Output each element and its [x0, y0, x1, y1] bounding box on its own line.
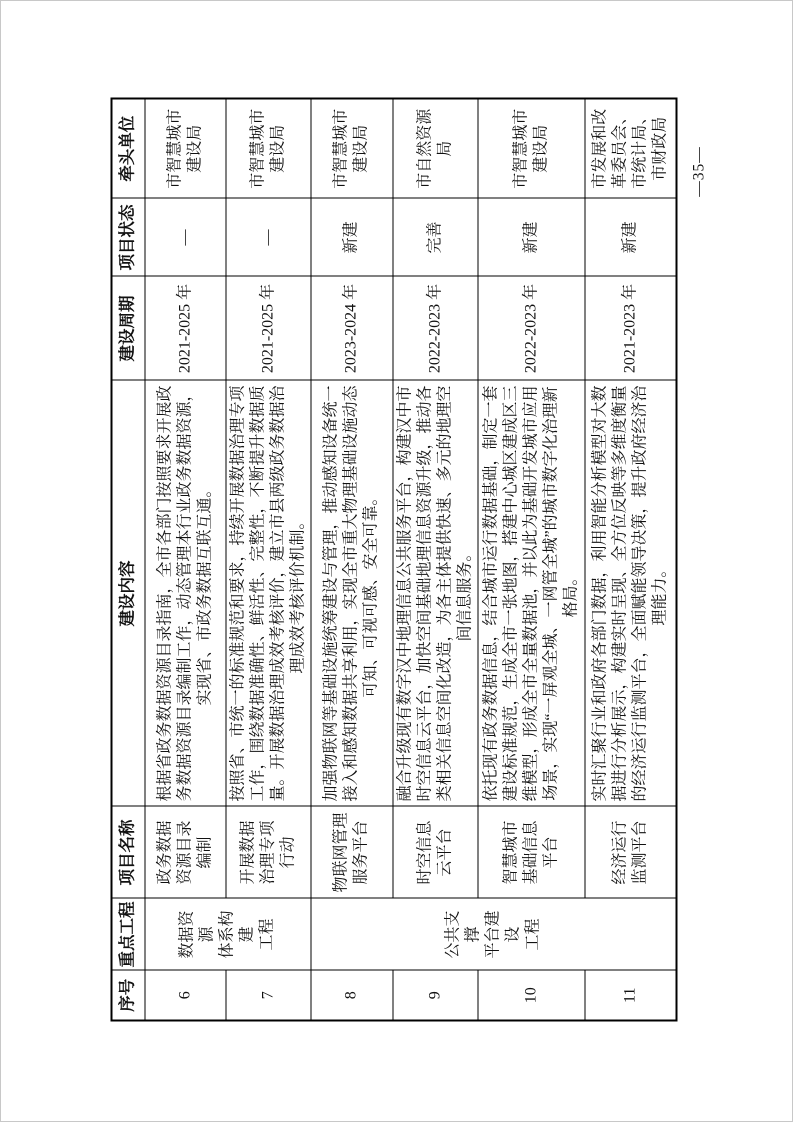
- cell-construction-period: 2021-2025 年: [226, 277, 311, 381]
- cell-serial-no: 8: [311, 971, 393, 1021]
- table-row: 8公共支撑 平台建设 工程物联网管理 服务平台加强物联网等基础设施统筹建设与管理…: [311, 99, 393, 1021]
- cell-project-name: 时空信息 云平台: [393, 807, 478, 899]
- cell-project-status: —: [226, 199, 311, 277]
- table-row: 7开展数据 治理专项 行动按照省、市统一的标准规范和要求，持续开展数据治理专项 …: [226, 99, 311, 1021]
- cell-lead-unit: 市智慧城市 建设局: [311, 99, 393, 199]
- cell-project-status: 新建: [585, 199, 677, 277]
- cell-project-status: —: [145, 199, 226, 277]
- header-construction-content: 建设内容: [112, 381, 145, 807]
- cell-project-name: 政务数据 资源目录 编制: [145, 807, 226, 899]
- cell-construction-content: 加强物联网等基础设施统筹建设与管理，推动感知设备统一 接入和感知数据共享利用，实…: [311, 381, 393, 807]
- cell-serial-no: 6: [145, 971, 226, 1021]
- table-row: 10智慧城市 基础信息 平台依托现有政务数据信息，结合城市运行数据基础，制定一套…: [478, 99, 585, 1021]
- cell-project-name: 经济运行 监测平台: [585, 807, 677, 899]
- table-row: 6数据资源 体系构建 工程政务数据 资源目录 编制根据省政务数据资源目录指南，全…: [145, 99, 226, 1021]
- cell-construction-content: 实时汇聚行业和政府各部门数据，利用智能分析模型对大数 据进行分析展示，构建实时呈…: [585, 381, 677, 807]
- key-projects-table: 序号 重点工程 项目名称 建设内容 建设周期 项目状态 牵头单位 6数据资源 体…: [111, 98, 678, 1022]
- cell-construction-content: 根据省政务数据资源目录指南，全市各部门按照要求开展政 务数据资源目录编制工作，动…: [145, 381, 226, 807]
- table-header-row: 序号 重点工程 项目名称 建设内容 建设周期 项目状态 牵头单位: [112, 99, 145, 1021]
- cell-construction-period: 2021-2025 年: [145, 277, 226, 381]
- cell-project-status: 新建: [478, 199, 585, 277]
- cell-serial-no: 10: [478, 971, 585, 1021]
- table-body: 6数据资源 体系构建 工程政务数据 资源目录 编制根据省政务数据资源目录指南，全…: [145, 99, 677, 1021]
- cell-construction-period: 2023-2024 年: [311, 277, 393, 381]
- cell-construction-content: 融合升级现有数字汉中地理信息公共服务平台，构建汉中市 时空信息云平台，加快空间基…: [393, 381, 478, 807]
- header-key-program: 重点工程: [112, 899, 145, 971]
- cell-lead-unit: 市智慧城市 建设局: [145, 99, 226, 199]
- table-row: 9时空信息 云平台融合升级现有数字汉中地理信息公共服务平台，构建汉中市 时空信息…: [393, 99, 478, 1021]
- cell-key-program: 公共支撑 平台建设 工程: [311, 899, 677, 971]
- cell-lead-unit: 市智慧城市 建设局: [226, 99, 311, 199]
- header-project-status: 项目状态: [112, 199, 145, 277]
- cell-project-name: 开展数据 治理专项 行动: [226, 807, 311, 899]
- cell-key-program: 数据资源 体系构建 工程: [145, 899, 311, 971]
- cell-serial-no: 11: [585, 971, 677, 1021]
- cell-lead-unit: 市发展和改 革委员会、 市统计局、 市财政局: [585, 99, 677, 199]
- cell-serial-no: 7: [226, 971, 311, 1021]
- header-serial-no: 序号: [112, 971, 145, 1021]
- header-project-name: 项目名称: [112, 807, 145, 899]
- cell-construction-period: 2022-2023 年: [478, 277, 585, 381]
- table-row: 11经济运行 监测平台实时汇聚行业和政府各部门数据，利用智能分析模型对大数 据进…: [585, 99, 677, 1021]
- cell-lead-unit: 市自然资源局: [393, 99, 478, 199]
- document-page: 序号 重点工程 项目名称 建设内容 建设周期 项目状态 牵头单位 6数据资源 体…: [0, 0, 793, 1122]
- cell-construction-content: 依托现有政务数据信息，结合城市运行数据基础，制定一套 建设标准规范，生成全市一张…: [478, 381, 585, 807]
- header-construction-period: 建设周期: [112, 277, 145, 381]
- page-number: —35—: [691, 127, 709, 217]
- cell-construction-period: 2022-2023 年: [393, 277, 478, 381]
- cell-project-status: 完善: [393, 199, 478, 277]
- cell-construction-period: 2021-2023 年: [585, 277, 677, 381]
- cell-lead-unit: 市智慧城市 建设局: [478, 99, 585, 199]
- cell-project-status: 新建: [311, 199, 393, 277]
- cell-construction-content: 按照省、市统一的标准规范和要求，持续开展数据治理专项 工作，围绕数据准确性、鲜活…: [226, 381, 311, 807]
- cell-serial-no: 9: [393, 971, 478, 1021]
- cell-project-name: 物联网管理 服务平台: [311, 807, 393, 899]
- rotated-landscape-sheet: 序号 重点工程 项目名称 建设内容 建设周期 项目状态 牵头单位 6数据资源 体…: [1, 0, 793, 1122]
- header-lead-unit: 牵头单位: [112, 99, 145, 199]
- cell-project-name: 智慧城市 基础信息 平台: [478, 807, 585, 899]
